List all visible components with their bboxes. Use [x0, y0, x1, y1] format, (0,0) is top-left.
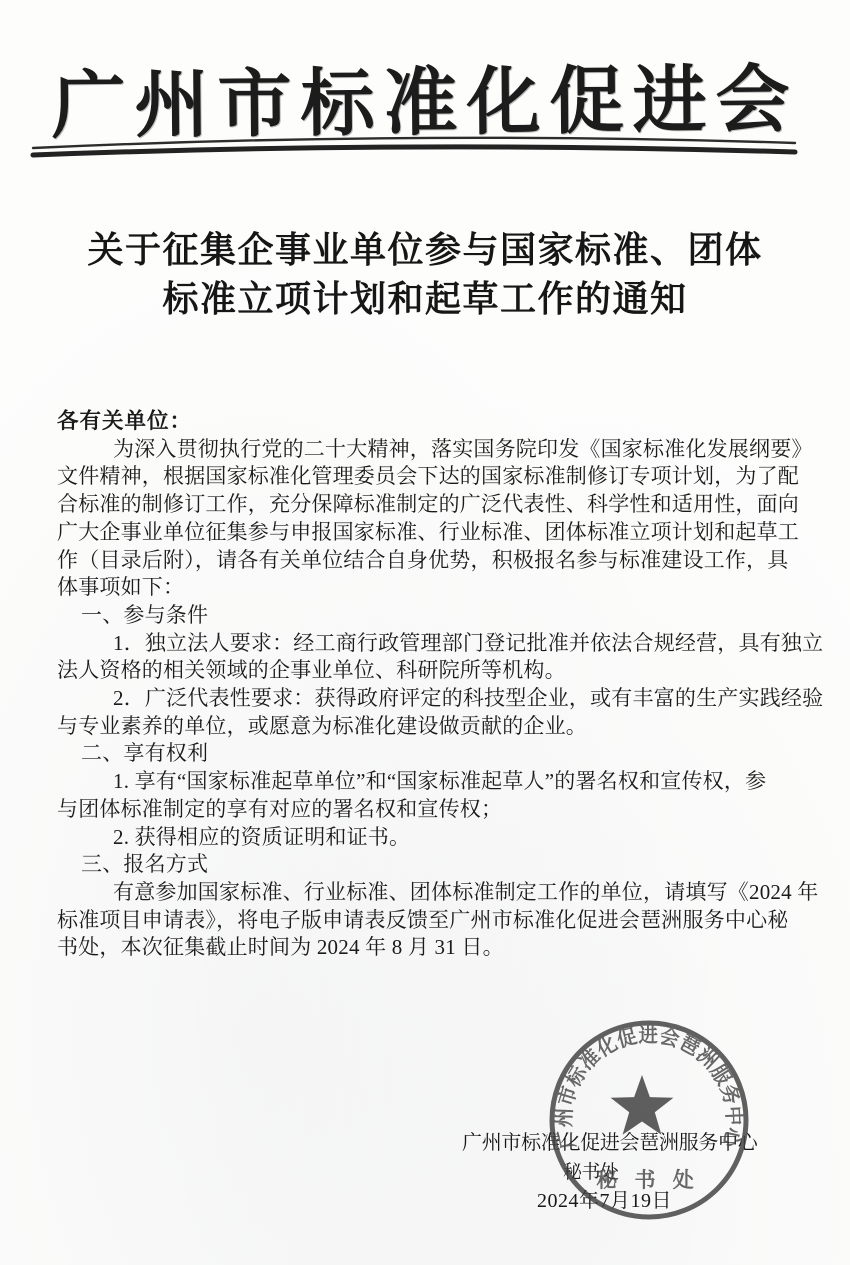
- body-line: 与团体标准制定的享有对应的署名权和宣传权；: [57, 796, 799, 824]
- body-line: 法人资格的相关领域的企事业单位、科研院所等机构。: [57, 657, 799, 685]
- document-page: 广州市标准化促进会 关于征集企事业单位参与国家标准、团体 标准立项计划和起草工作…: [0, 0, 850, 1265]
- body-line: 2. 获得相应的资质证明和证书。: [57, 824, 799, 852]
- notice-body: 各有关单位：为深入贯彻执行党的二十大精神，落实国务院印发《国家标准化发展纲要》文…: [57, 408, 799, 962]
- body-line: 1. 享有“国家标准起草单位”和“国家标准起草人”的署名权和宣传权，参: [57, 768, 799, 796]
- body-line: 一、参与条件: [57, 602, 799, 630]
- seal-star-icon: [611, 1075, 674, 1135]
- notice-title-line2: 标准立项计划和起草工作的通知: [0, 275, 850, 324]
- body-line: 2．广泛代表性要求：获得政府评定的科技型企业，或有丰富的生产实践经验: [57, 685, 799, 713]
- body-line: 广大企事业单位征集参与申报国家标准、行业标准、团体标准立项计划和起草工: [57, 519, 799, 547]
- notice-title-line1: 关于征集企事业单位参与国家标准、团体: [0, 226, 850, 275]
- body-line: 三、报名方式: [57, 851, 799, 879]
- body-line: 1．独立法人要求：经工商行政管理部门登记批准并依法合规经营，具有独立: [57, 630, 799, 658]
- seal-arc-text: 广州市标准化促进会琶洲服务中心: [552, 1023, 746, 1151]
- body-line: 合标准的制修订工作，充分保障标准制定的广泛代表性、科学性和适用性，面向: [57, 491, 799, 519]
- body-line: 为深入贯彻执行党的二十大精神，落实国务院印发《国家标准化发展纲要》: [57, 436, 799, 464]
- body-line: 体事项如下：: [57, 574, 799, 602]
- body-line: 作（目录后附），请各有关单位结合自身优势，积极报名参与标准建设工作，具: [57, 547, 799, 575]
- body-line: 书处，本次征集截止时间为 2024 年 8 月 31 日。: [57, 934, 799, 962]
- body-line: 有意参加国家标准、行业标准、团体标准制定工作的单位，请填写《2024 年: [57, 879, 799, 907]
- letterhead-divider-rule: [0, 130, 850, 170]
- body-line: 与专业素养的单位，或愿意为标准化建设做贡献的企业。: [57, 713, 799, 741]
- notice-title: 关于征集企事业单位参与国家标准、团体 标准立项计划和起草工作的通知: [0, 226, 850, 324]
- body-line: 文件精神，根据国家标准化管理委员会下达的国家标准制修订专项计划，为了配: [57, 463, 799, 491]
- official-seal-stamp: 广州市标准化促进会琶洲服务中心 秘 书 处: [530, 1003, 780, 1228]
- seal-center-text: 秘 书 处: [596, 1168, 700, 1192]
- body-line: 二、享有权利: [57, 740, 799, 768]
- body-line: 各有关单位：: [57, 408, 799, 436]
- body-line: 标准项目申请表》，将电子版申请表反馈至广州市标准化促进会琶洲服务中心秘: [57, 907, 799, 935]
